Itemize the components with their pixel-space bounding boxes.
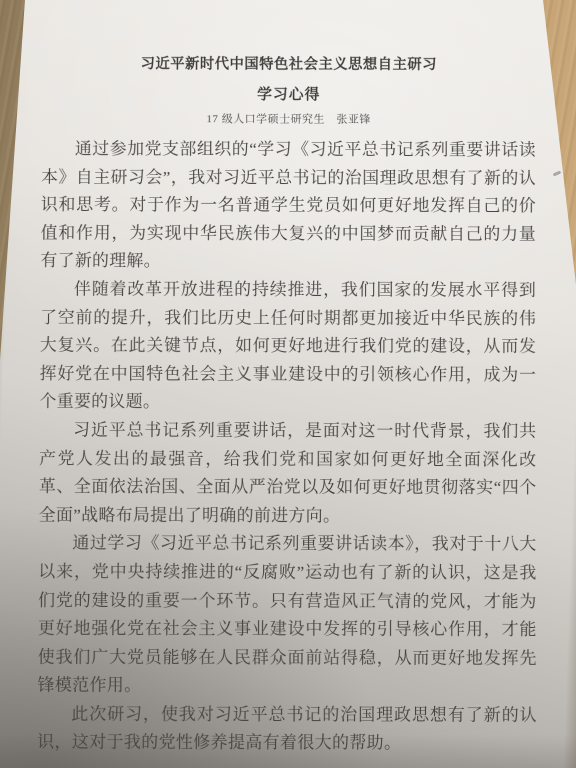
body-paragraph-4: 通过学习《习近平总书记系列重要讲话读本》，我对于十八大以来，党中央持续推进的“反… <box>37 530 536 702</box>
body-paragraph-5: 此次研习，使我对习近平总书记的治国理政思想有了新的认识，这对于我的党性修养提高有… <box>37 700 537 758</box>
document-title: 习近平新时代中国特色社会主义思想自主研习 <box>42 52 536 74</box>
body-paragraph-2: 伴随着改革开放进程的持续推进，我们国家的发展水平得到了空前的提升，我们比历史上任… <box>39 276 536 418</box>
body-paragraph-1: 通过参加党支部组织的“学习《习近平总书记系列重要讲话读本》自主研习会”，我对习近… <box>40 135 536 276</box>
photo-of-document: 习近平新时代中国特色社会主义思想自主研习 学习心得 17 级人口学硕士研究生 张… <box>0 0 576 768</box>
document-subtitle: 学习心得 <box>42 83 536 105</box>
paper-sheet: 习近平新时代中国特色社会主义思想自主研习 学习心得 17 级人口学硕士研究生 张… <box>0 0 576 768</box>
document-content: 习近平新时代中国特色社会主义思想自主研习 学习心得 17 级人口学硕士研究生 张… <box>37 52 537 758</box>
body-paragraph-3: 习近平总书记系列重要讲话，是面对这一时代背景，我们共产党人发出的最强音，给我们党… <box>39 416 537 530</box>
author-byline: 17 级人口学硕士研究生 张亚锋 <box>41 110 535 127</box>
document-body: 通过参加党支部组织的“学习《习近平总书记系列重要讲话读本》自主研习会”，我对习近… <box>37 135 537 758</box>
paper-smudge <box>553 171 562 177</box>
